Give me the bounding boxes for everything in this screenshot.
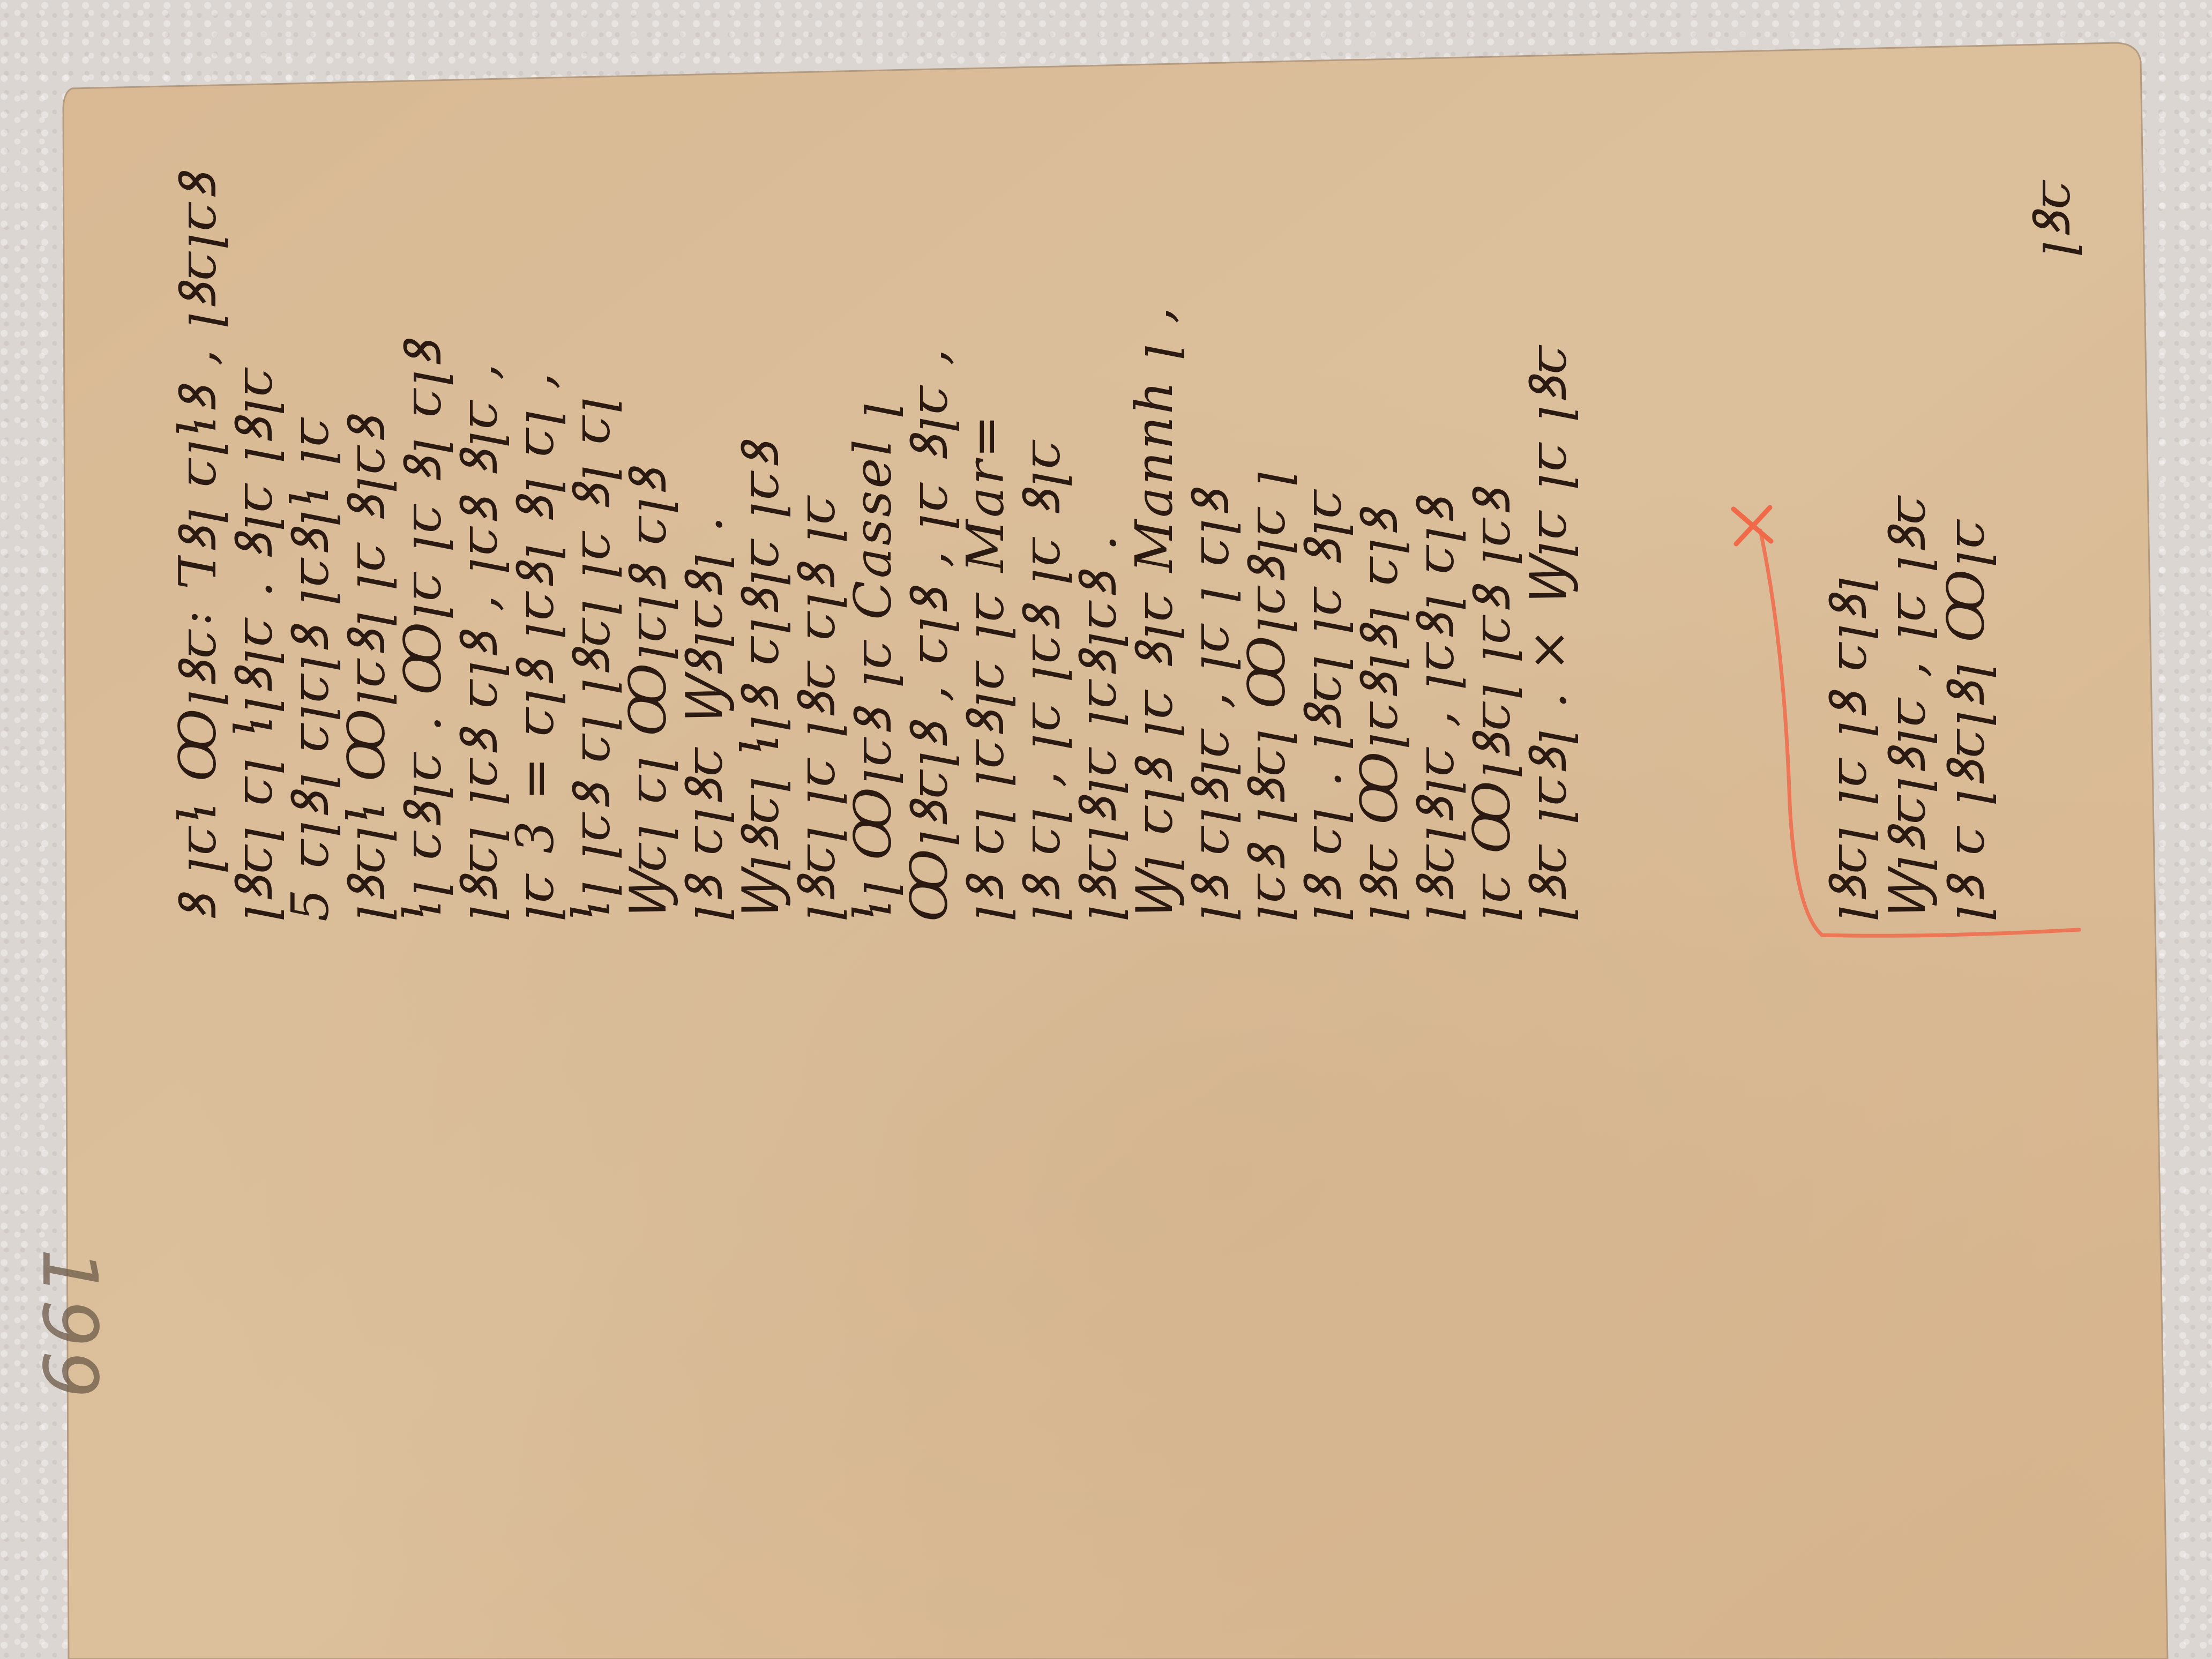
red-x-mark bbox=[1728, 501, 1776, 549]
red-pencil-bracket bbox=[0, 0, 2212, 1659]
